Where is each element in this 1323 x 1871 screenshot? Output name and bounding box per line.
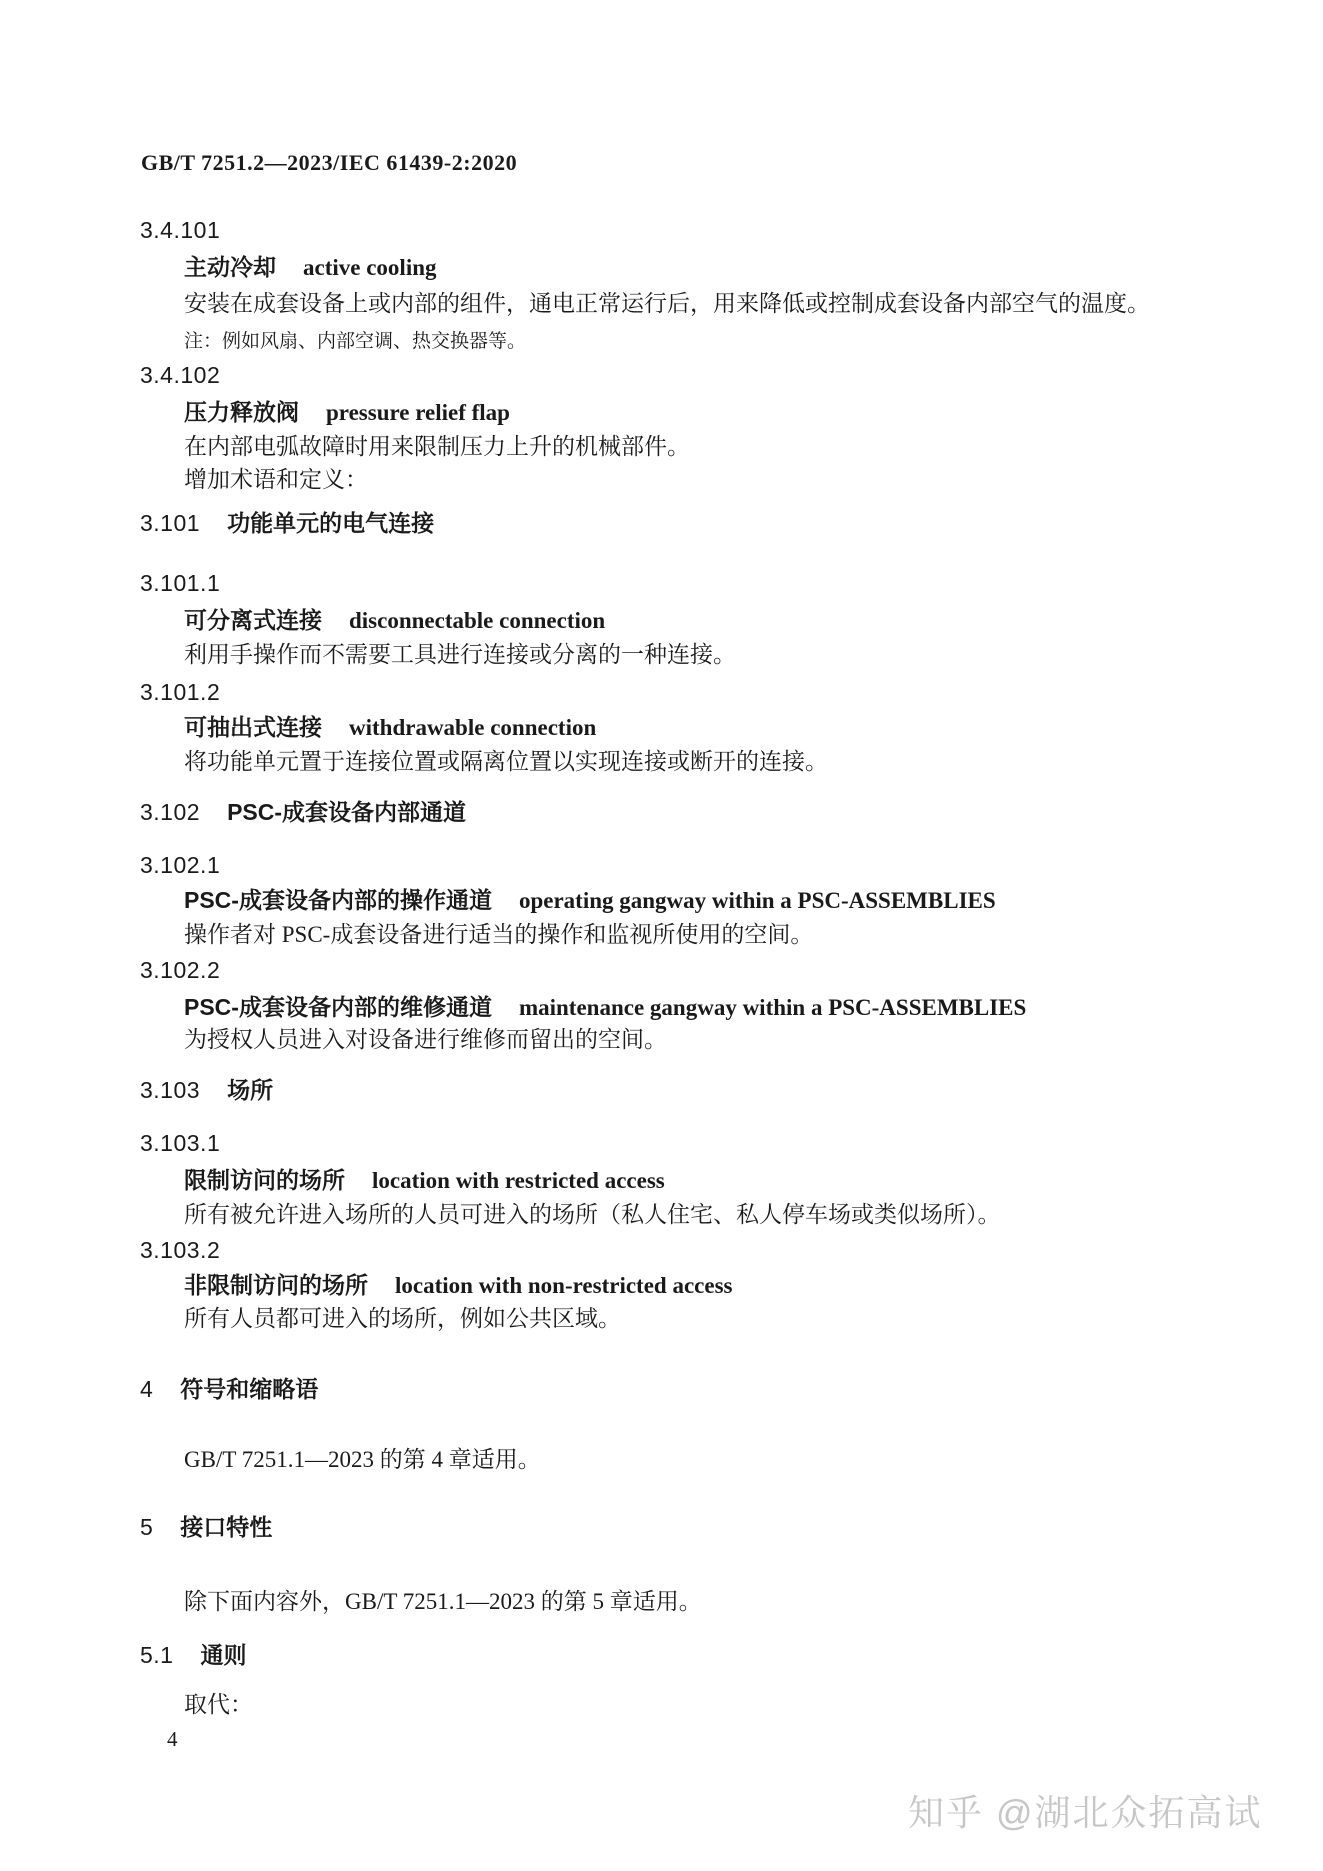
clause-3-101-2-number: 3.101.2 xyxy=(140,677,220,707)
chapter-5-body: 除下面内容外，GB/T 7251.1—2023 的第 5 章适用。 xyxy=(184,1587,702,1617)
clause-3-4-102-number: 3.4.102 xyxy=(140,360,220,390)
term-en: active cooling xyxy=(303,255,437,280)
running-header: GB/T 7251.2—2023/IEC 61439-2:2020 xyxy=(141,148,517,178)
heading-chapter-5: 5接口特性 xyxy=(140,1512,272,1543)
clause-3-103-1-term: 限制访问的场所location with restricted access xyxy=(184,1165,665,1196)
term-en: operating gangway within a PSC-ASSEMBLIE… xyxy=(519,888,996,913)
clause-3-4-101-definition: 安装在成套设备上或内部的组件，通电正常运行后，用来降低或控制成套设备内部空气的温… xyxy=(184,289,1150,319)
clause-3-101-1-definition: 利用手操作而不需要工具进行连接或分离的一种连接。 xyxy=(184,640,736,670)
heading-number: 5 xyxy=(140,1514,153,1540)
term-zh: PSC-成套设备内部的操作通道 xyxy=(184,887,492,913)
clause-3-102-1-number: 3.102.1 xyxy=(140,850,220,880)
heading-title: 场所 xyxy=(227,1077,273,1103)
term-en: maintenance gangway within a PSC-ASSEMBL… xyxy=(519,995,1026,1020)
heading-5-1: 5.1通则 xyxy=(140,1640,246,1671)
clause-3-4-101-number: 3.4.101 xyxy=(140,215,220,245)
term-zh: 压力释放阀 xyxy=(184,399,299,425)
heading-3-101: 3.101功能单元的电气连接 xyxy=(140,508,434,539)
heading-title: 功能单元的电气连接 xyxy=(227,510,434,536)
clause-3-102-1-term: PSC-成套设备内部的操作通道operating gangway within … xyxy=(184,885,996,916)
chapter-4-body: GB/T 7251.1—2023 的第 4 章适用。 xyxy=(184,1445,541,1475)
clause-3-102-2-definition: 为授权人员进入对设备进行维修而留出的空间。 xyxy=(184,1025,667,1055)
added-terms-lead-in: 增加术语和定义： xyxy=(184,465,368,495)
term-en: disconnectable connection xyxy=(349,608,605,633)
term-en: pressure relief flap xyxy=(326,400,510,425)
standard-document-page: GB/T 7251.2—2023/IEC 61439-2:2020 3.4.10… xyxy=(0,0,1323,1871)
heading-number: 4 xyxy=(140,1376,153,1402)
heading-title: 通则 xyxy=(200,1642,246,1668)
heading-number: 5.1 xyxy=(140,1642,173,1668)
clause-3-4-101-term: 主动冷却active cooling xyxy=(184,252,437,283)
watermark-text: 知乎 @湖北众拓高试 xyxy=(908,1792,1263,1834)
clause-3-102-2-number: 3.102.2 xyxy=(140,955,220,985)
clause-3-101-1-number: 3.101.1 xyxy=(140,568,220,598)
clause-3-102-1-definition: 操作者对 PSC-成套设备进行适当的操作和监视所使用的空间。 xyxy=(184,920,813,950)
heading-title: 接口特性 xyxy=(180,1514,272,1540)
clause-3-103-1-number: 3.103.1 xyxy=(140,1128,220,1158)
clause-3-101-2-definition: 将功能单元置于连接位置或隔离位置以实现连接或断开的连接。 xyxy=(184,747,828,777)
term-zh: 限制访问的场所 xyxy=(184,1167,345,1193)
heading-number: 3.101 xyxy=(140,510,200,536)
clause-3-103-2-term: 非限制访问的场所location with non-restricted acc… xyxy=(184,1270,733,1301)
clause-3-4-101-note: 注：例如风扇、内部空调、热交换器等。 xyxy=(184,327,526,357)
term-zh: 可分离式连接 xyxy=(184,607,322,633)
clause-3-103-2-number: 3.103.2 xyxy=(140,1235,220,1265)
heading-number: 3.102 xyxy=(140,799,200,825)
term-zh: 可抽出式连接 xyxy=(184,714,322,740)
heading-3-103: 3.103场所 xyxy=(140,1075,273,1106)
term-en: withdrawable connection xyxy=(349,715,596,740)
heading-number: 3.103 xyxy=(140,1077,200,1103)
heading-chapter-4: 4符号和缩略语 xyxy=(140,1374,318,1405)
term-en: location with restricted access xyxy=(372,1168,665,1193)
clause-3-101-1-term: 可分离式连接disconnectable connection xyxy=(184,605,605,636)
heading-title: PSC-成套设备内部通道 xyxy=(227,799,466,825)
clause-3-4-102-definition: 在内部电弧故障时用来限制压力上升的机械部件。 xyxy=(184,432,690,462)
clause-3-103-1-definition: 所有被允许进入场所的人员可进入的场所（私人住宅、私人停车场或类似场所）。 xyxy=(184,1200,1001,1230)
section-5-1-body: 取代： xyxy=(184,1690,253,1720)
heading-3-102: 3.102PSC-成套设备内部通道 xyxy=(140,797,466,828)
clause-3-101-2-term: 可抽出式连接withdrawable connection xyxy=(184,712,596,743)
page-number: 4 xyxy=(167,1724,178,1754)
clause-3-4-102-term: 压力释放阀pressure relief flap xyxy=(184,397,510,428)
term-zh: 非限制访问的场所 xyxy=(184,1272,368,1298)
term-en: location with non-restricted access xyxy=(395,1273,733,1298)
term-zh: PSC-成套设备内部的维修通道 xyxy=(184,994,492,1020)
term-zh: 主动冷却 xyxy=(184,254,276,280)
heading-title: 符号和缩略语 xyxy=(180,1376,318,1402)
clause-3-102-2-term: PSC-成套设备内部的维修通道maintenance gangway withi… xyxy=(184,992,1026,1023)
clause-3-103-2-definition: 所有人员都可进入的场所，例如公共区域。 xyxy=(184,1304,621,1334)
